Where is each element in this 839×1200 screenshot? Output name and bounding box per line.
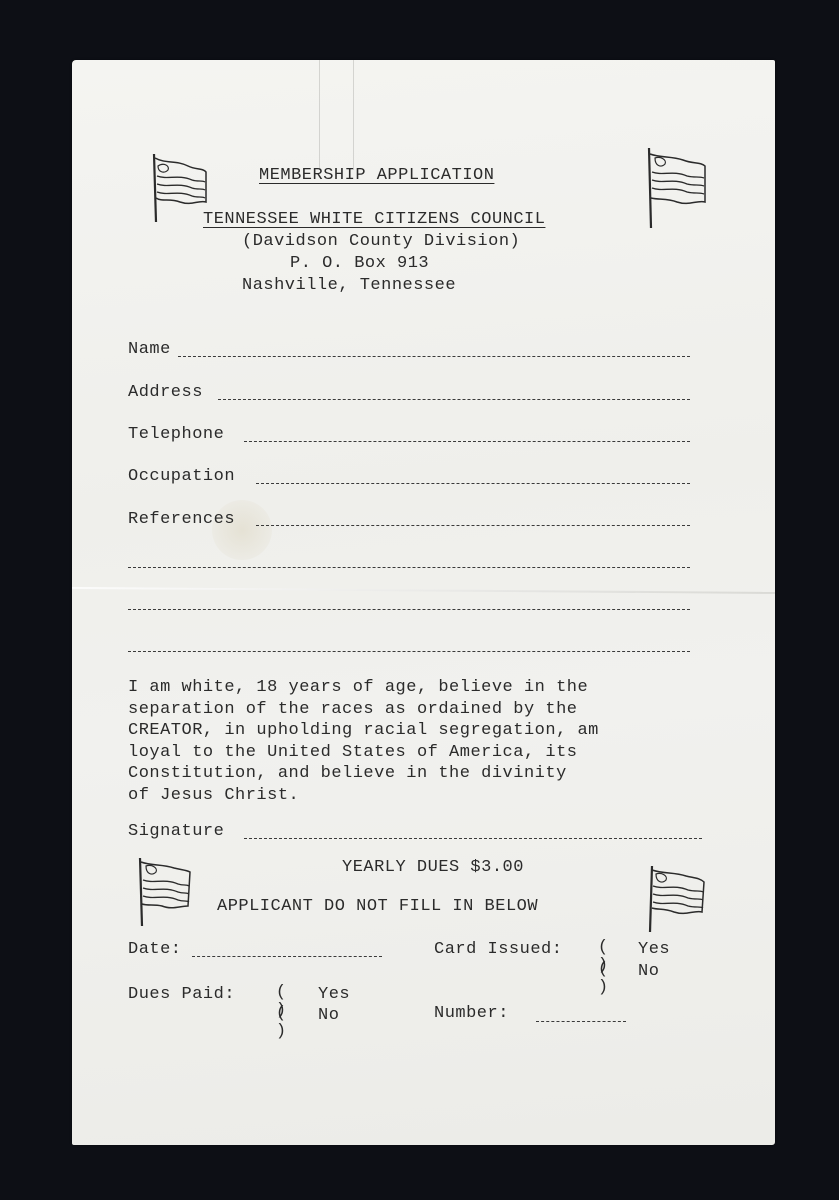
card-issued-yes-checkbox[interactable]: ( ) bbox=[592, 939, 614, 957]
card-issued-no-checkbox[interactable]: ( ) bbox=[592, 961, 614, 979]
flag-icon bbox=[646, 864, 706, 936]
division-name: (Davidson County Division) bbox=[242, 232, 520, 252]
references-field-line-2[interactable] bbox=[128, 567, 690, 568]
references-field-line-4[interactable] bbox=[128, 651, 690, 652]
flag-icon bbox=[136, 856, 192, 928]
declaration-text: I am white, 18 years of age, believe in … bbox=[128, 677, 599, 806]
flag-icon bbox=[148, 152, 210, 224]
occupation-label: Occupation bbox=[128, 467, 235, 487]
declaration-line: Constitution, and believe in the divinit… bbox=[128, 764, 567, 783]
signature-field[interactable] bbox=[244, 838, 702, 839]
declaration-line: CREATOR, in upholding racial segregation… bbox=[128, 721, 599, 740]
date-label: Date: bbox=[128, 940, 182, 960]
card-issued-yes-label: Yes bbox=[638, 940, 670, 960]
references-field[interactable] bbox=[256, 525, 690, 526]
application-form-paper: MEMBERSHIP APPLICATION TENNESSEE WHITE C… bbox=[72, 60, 775, 1145]
declaration-line: separation of the races as ordained by t… bbox=[128, 700, 577, 719]
form-title: MEMBERSHIP APPLICATION bbox=[259, 166, 494, 186]
telephone-label: Telephone bbox=[128, 425, 224, 445]
flag-icon bbox=[643, 146, 709, 230]
occupation-field[interactable] bbox=[256, 483, 690, 484]
signature-label: Signature bbox=[128, 822, 224, 842]
city: Nashville, Tennessee bbox=[242, 276, 456, 296]
dues-paid-yes-label: Yes bbox=[318, 985, 350, 1005]
number-field[interactable] bbox=[536, 1021, 626, 1022]
card-issued-label: Card Issued: bbox=[434, 940, 562, 960]
office-use-notice: APPLICANT DO NOT FILL IN BELOW bbox=[217, 897, 538, 917]
dues-paid-yes-checkbox[interactable]: ( ) bbox=[270, 984, 292, 1002]
yearly-dues: YEARLY DUES $3.00 bbox=[342, 858, 524, 878]
paper-crease bbox=[353, 60, 354, 170]
po-box: P. O. Box 913 bbox=[290, 254, 429, 274]
declaration-line: I am white, 18 years of age, believe in … bbox=[128, 678, 588, 697]
paper-fold bbox=[72, 587, 775, 594]
paper-stain bbox=[212, 500, 272, 560]
dues-paid-no-label: No bbox=[318, 1006, 339, 1026]
dues-paid-label: Dues Paid: bbox=[128, 985, 235, 1005]
declaration-line: of Jesus Christ. bbox=[128, 786, 299, 805]
declaration-line: loyal to the United States of America, i… bbox=[128, 743, 577, 762]
address-label: Address bbox=[128, 383, 203, 403]
dues-paid-no-checkbox[interactable]: ( ) bbox=[270, 1005, 292, 1023]
date-field[interactable] bbox=[192, 956, 382, 957]
number-label: Number: bbox=[434, 1004, 509, 1024]
address-field[interactable] bbox=[218, 399, 690, 400]
name-field[interactable] bbox=[178, 356, 690, 357]
card-issued-no-label: No bbox=[638, 962, 659, 982]
paper-crease bbox=[319, 60, 320, 170]
name-label: Name bbox=[128, 340, 171, 360]
references-label: References bbox=[128, 510, 235, 530]
telephone-field[interactable] bbox=[244, 441, 690, 442]
references-field-line-3[interactable] bbox=[128, 609, 690, 610]
organization-name: TENNESSEE WHITE CITIZENS COUNCIL bbox=[203, 210, 545, 230]
